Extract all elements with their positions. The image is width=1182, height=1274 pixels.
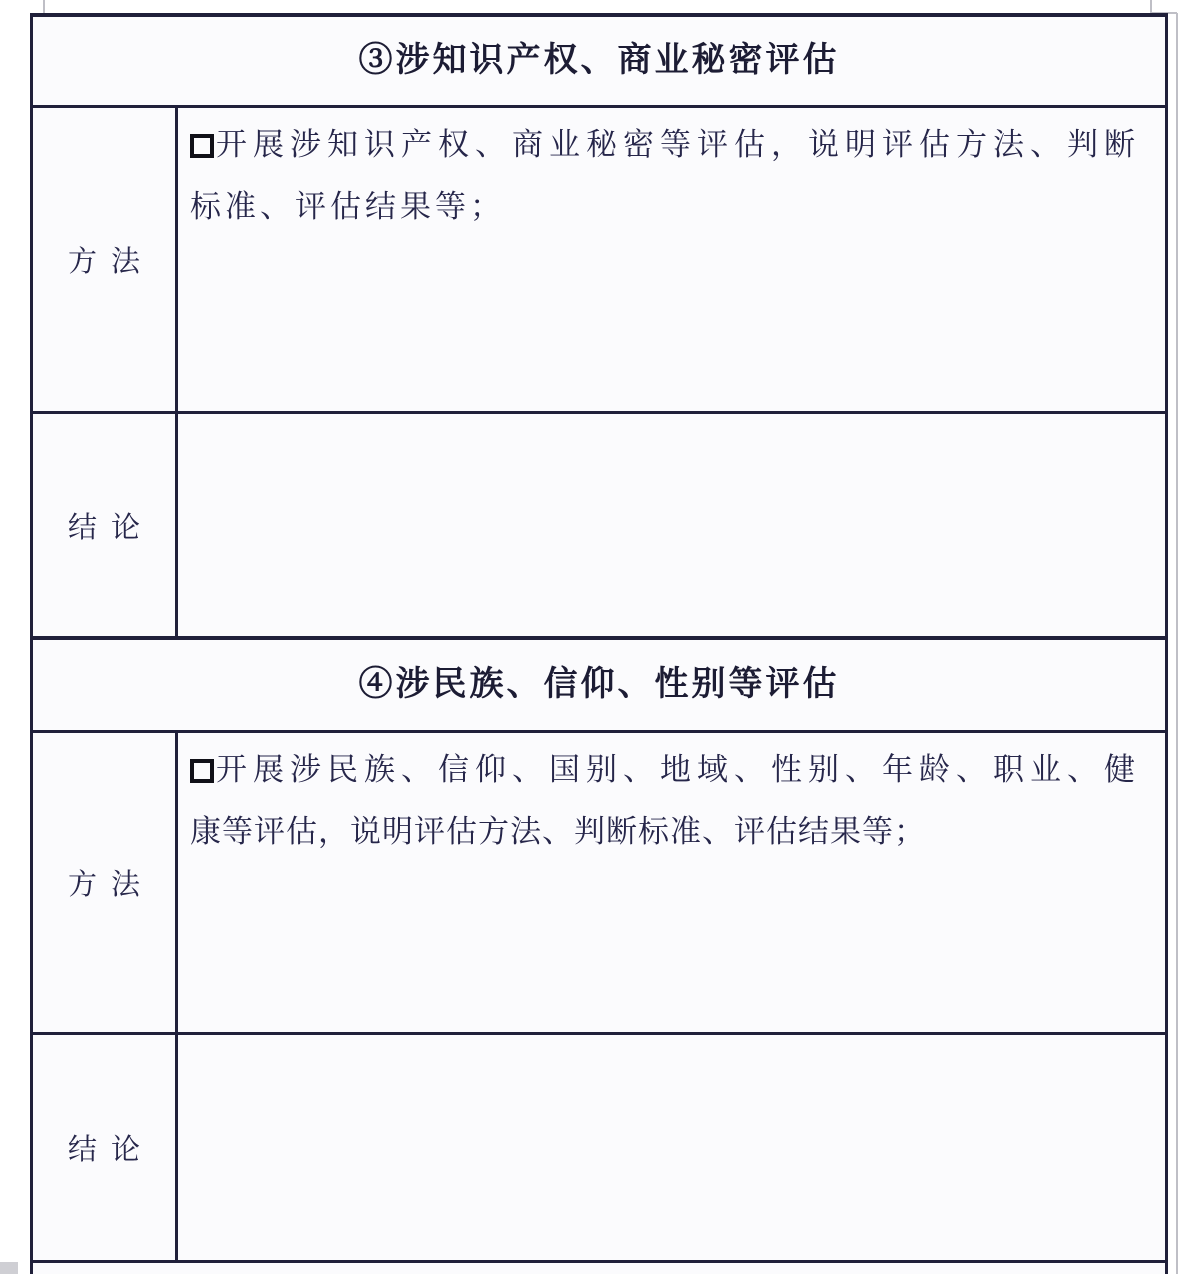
method-text-line1: 开展涉民族、信仰、国别、地域、性别、年龄、职业、健 — [190, 739, 1155, 801]
conclusion-label: 结论 — [68, 1127, 154, 1168]
method-label: 方法 — [68, 239, 154, 280]
section4-conclusion-content-cell[interactable] — [178, 1035, 1165, 1260]
section4-method-label-cell: 方法 — [33, 733, 178, 1032]
grid-line-fragment — [1176, 13, 1178, 1274]
section3-conclusion-content-cell[interactable] — [178, 414, 1165, 636]
section3-conclusion-row: 结论 — [33, 414, 1165, 640]
method-label: 方法 — [68, 862, 154, 903]
section3-title: ③涉知识产权、商业秘密评估 — [33, 44, 1165, 78]
document-page: ③涉知识产权、商业秘密评估 方法 开展涉知识产权、商业秘密等评估，说明评估方法、… — [0, 0, 1182, 1274]
section4-conclusion-label-cell: 结论 — [33, 1035, 178, 1260]
method-text-line2: 标准、评估结果等； — [190, 176, 1155, 238]
checkbox-icon[interactable] — [190, 134, 214, 158]
section4-method-content-cell[interactable]: 开展涉民族、信仰、国别、地域、性别、年龄、职业、健 康等评估，说明评估方法、判断… — [178, 733, 1165, 1032]
method-text-line2: 康等评估，说明评估方法、判断标准、评估结果等； — [190, 801, 1155, 863]
page-corner-smudge — [0, 1262, 18, 1274]
assessment-table: ③涉知识产权、商业秘密评估 方法 开展涉知识产权、商业秘密等评估，说明评估方法、… — [30, 13, 1168, 1274]
next-row-partial — [33, 1263, 1165, 1274]
section4-conclusion-row: 结论 — [33, 1035, 1165, 1263]
conclusion-label: 结论 — [68, 505, 154, 546]
section4-method-row: 方法 开展涉民族、信仰、国别、地域、性别、年龄、职业、健 康等评估，说明评估方法… — [33, 733, 1165, 1035]
method-text-line1: 开展涉知识产权、商业秘密等评估，说明评估方法、判断 — [190, 114, 1155, 176]
section3-header-row: ③涉知识产权、商业秘密评估 — [33, 17, 1165, 108]
section3-method-content-cell[interactable]: 开展涉知识产权、商业秘密等评估，说明评估方法、判断 标准、评估结果等； — [178, 108, 1165, 411]
checkbox-icon[interactable] — [190, 759, 214, 783]
section3-method-label-cell: 方法 — [33, 108, 178, 411]
section4-title: ④涉民族、信仰、性别等评估 — [33, 668, 1165, 702]
grid-line-fragment — [43, 0, 45, 13]
section3-conclusion-label-cell: 结论 — [33, 414, 178, 636]
section3-method-row: 方法 开展涉知识产权、商业秘密等评估，说明评估方法、判断 标准、评估结果等； — [33, 108, 1165, 414]
section4-header-row: ④涉民族、信仰、性别等评估 — [33, 640, 1165, 733]
